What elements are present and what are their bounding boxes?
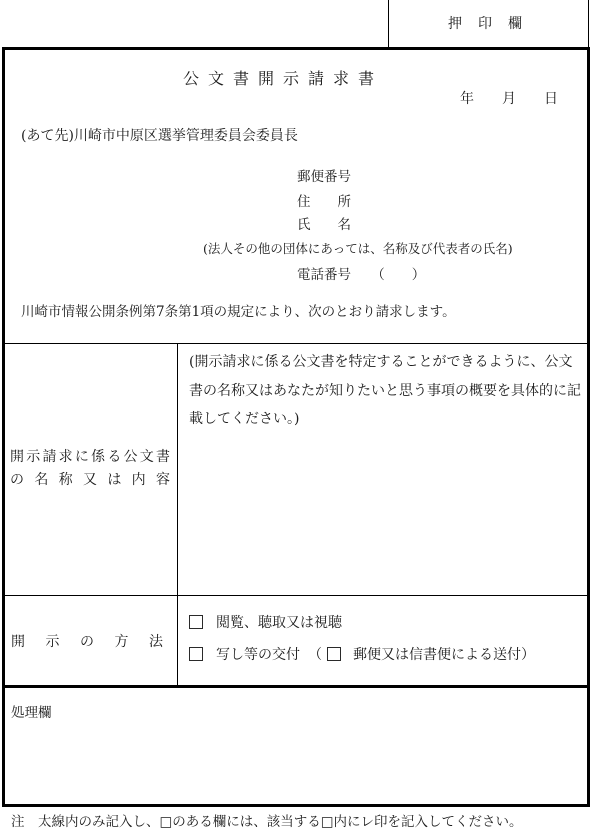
seal-box-label: 押印欄 (448, 13, 538, 33)
document-name-header-line1: 開示請求に係る公文書 (10, 446, 170, 469)
request-statement: 川崎市情報公開条例第7条第1項の規定により、次のとおり請求します。 (21, 300, 456, 320)
footer-note: 注 太線内のみ記入し、□のある欄には、該当する□内にレ印を記入してください。 (11, 810, 523, 829)
date-line: 年 月 日 (460, 88, 558, 108)
seal-box-left-divider (388, 0, 389, 47)
method-option-viewing: 閲覧、聴取又は視聴 (189, 612, 342, 632)
method-header: 開示の方法 (11, 631, 163, 651)
document-name-header-line2: の名称又は内容 (10, 469, 170, 492)
processing-top-thick-rule (2, 685, 590, 688)
table-top-rule (2, 343, 590, 344)
checkbox-copy[interactable] (189, 647, 203, 661)
postal-code-label: 郵便番号 (297, 165, 351, 185)
option-copy-label: 写し等の交付 (216, 644, 300, 664)
address-label: 住 所 (297, 190, 351, 210)
method-row-top-rule (2, 595, 590, 596)
phone-number-line: 電話番号 （ ） (297, 263, 425, 283)
sub-option-close-paren: ） (521, 644, 535, 664)
document-name-header: 開示請求に係る公文書 の名称又は内容 (10, 446, 170, 492)
corporate-note: (法人その他の団体にあっては、名称及び代表者の氏名) (203, 239, 513, 257)
checkbox-mail-delivery[interactable] (327, 647, 341, 661)
disclosure-request-form: 押印欄 公文書開示請求書 年 月 日 (あて先)川崎市中原区選挙管理委員会委員長… (0, 0, 593, 829)
processing-fill-area[interactable] (5, 722, 587, 802)
document-description-fill-area[interactable] (178, 435, 590, 595)
seal-box-right-divider (588, 0, 589, 47)
document-instruction-note: (開示請求に係る公文書を特定することができるように、公文書の名称又はあなたが知り… (189, 348, 586, 434)
sub-option-mail-label: 郵便又は信書便による送付 (353, 644, 521, 664)
addressee-line: (あて先)川崎市中原区選挙管理委員会委員長 (21, 125, 298, 145)
method-option-copy: 写し等の交付 （ 郵便又は信書便による送付 ） (189, 644, 535, 664)
option-viewing-label: 閲覧、聴取又は視聴 (216, 612, 342, 632)
sub-option-open-paren: （ (308, 644, 322, 664)
processing-section-label: 処理欄 (11, 701, 52, 721)
form-title: 公文書開示請求書 (183, 66, 383, 89)
checkbox-viewing[interactable] (189, 615, 203, 629)
name-label: 氏 名 (297, 213, 351, 233)
